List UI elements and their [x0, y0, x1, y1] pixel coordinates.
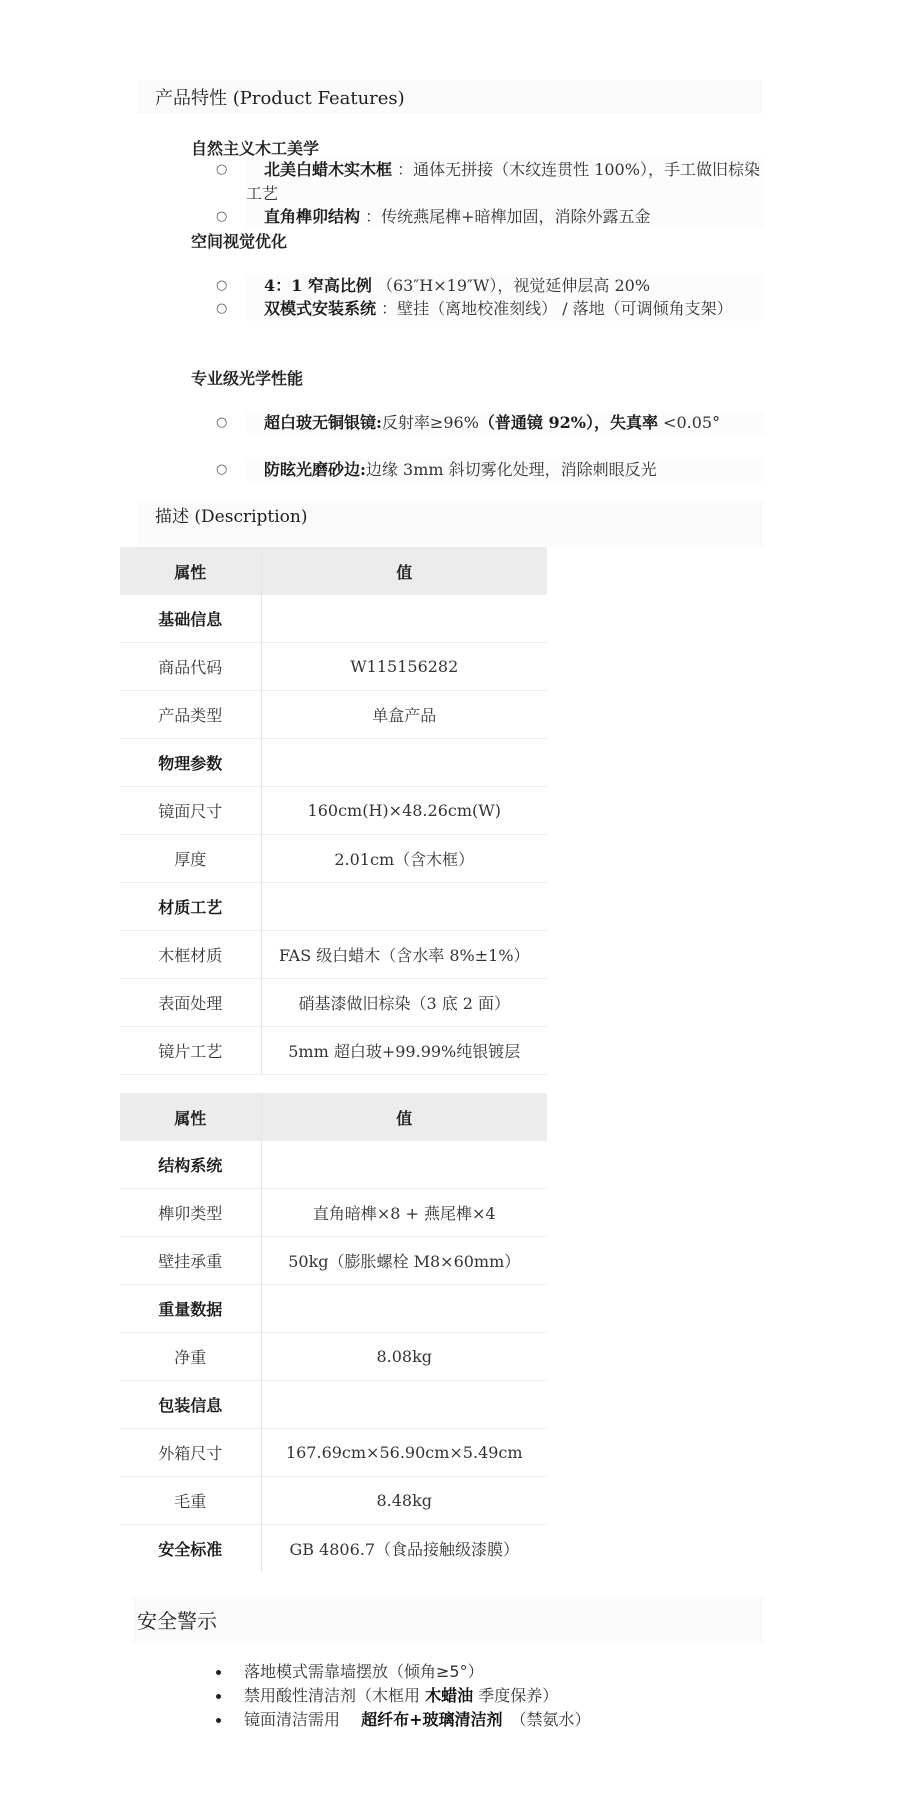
- row-value: 5mm 超白玻+99.99%纯银镀层: [261, 1027, 547, 1075]
- feature-group-label: 自然主义木工美学: [191, 136, 319, 159]
- hollow-bullet-icon: ○: [216, 458, 227, 482]
- hollow-bullet-icon: ○: [216, 274, 227, 298]
- table-row: 产品类型单盒产品: [120, 691, 547, 739]
- list-item: 禁用酸性清洁剂（木框用 木蜡油 季度保养）: [216, 1684, 591, 1708]
- row-value: 2.01cm（含木框）: [261, 835, 547, 883]
- safety-header-band: [133, 1597, 763, 1643]
- feature-item-text: （63″H×19″W），视觉延伸层高 20%: [377, 276, 650, 295]
- feature-item-title: 双模式安装系统: [264, 299, 376, 318]
- feature-item: ○ 防眩光磨砂边:边缘 3mm 斜切雾化处理，消除刺眼反光: [216, 458, 764, 482]
- row-key: 镜面尺寸: [120, 787, 261, 835]
- hollow-bullet-icon: ○: [216, 411, 227, 435]
- row-key: 安全标准: [120, 1525, 261, 1573]
- description-title: 描述 (Description): [155, 502, 308, 527]
- row-key: 木框材质: [120, 931, 261, 979]
- bullet-dot-icon: [216, 1670, 221, 1675]
- row-value: 167.69cm×56.90cm×5.49cm: [261, 1429, 547, 1477]
- table-header-row: 属性 值: [120, 547, 547, 595]
- table-row: 外箱尺寸167.69cm×56.90cm×5.49cm: [120, 1429, 547, 1477]
- feature-item-emphasis: （普通镜 92%），失真率: [479, 413, 658, 432]
- table-header-row: 属性 值: [120, 1093, 547, 1141]
- feature-item-title: 超白玻无铜银镜:: [264, 413, 382, 432]
- row-value: [261, 739, 547, 787]
- row-value: [261, 1141, 547, 1189]
- row-value: FAS 级白蜡木（含水率 8%±1%）: [261, 931, 547, 979]
- row-key: 商品代码: [120, 643, 261, 691]
- column-header-attribute: 属性: [120, 1093, 261, 1141]
- feature-item: ○ 超白玻无铜银镜:反射率≥96%（普通镜 92%），失真率 <0.05°: [216, 411, 764, 459]
- feature-item-title: 4：1 窄高比例: [264, 276, 372, 295]
- table-row: 结构系统: [120, 1141, 547, 1189]
- row-value: GB 4806.7（食品接触级漆膜）: [261, 1525, 547, 1573]
- row-value: 硝基漆做旧棕染（3 底 2 面）: [261, 979, 547, 1027]
- column-header-attribute: 属性: [120, 547, 261, 595]
- feature-group-label: 空间视觉优化: [191, 229, 287, 252]
- bullet-dot-icon: [216, 1694, 221, 1699]
- row-key: 净重: [120, 1333, 261, 1381]
- row-key: 外箱尺寸: [120, 1429, 261, 1477]
- table-row: 毛重8.48kg: [120, 1477, 547, 1525]
- feature-item-text: <0.05°: [663, 413, 720, 432]
- table-row: 基础信息: [120, 595, 547, 643]
- hollow-bullet-icon: ○: [216, 297, 227, 321]
- row-key: 包装信息: [120, 1381, 261, 1429]
- hollow-bullet-icon: ○: [216, 158, 227, 182]
- row-key: 基础信息: [120, 595, 261, 643]
- row-value: 直角暗榫×8 + 燕尾榫×4: [261, 1189, 547, 1237]
- table-row: 安全标准GB 4806.7（食品接触级漆膜）: [120, 1525, 547, 1573]
- row-key: 重量数据: [120, 1285, 261, 1333]
- table-row: 镜片工艺5mm 超白玻+99.99%纯银镀层: [120, 1027, 547, 1075]
- table-row: 重量数据: [120, 1285, 547, 1333]
- safety-title: 安全警示: [137, 1605, 217, 1634]
- feature-item-text: 边缘 3mm 斜切雾化处理，消除刺眼反光: [366, 460, 657, 479]
- row-key: 厚度: [120, 835, 261, 883]
- row-key: 结构系统: [120, 1141, 261, 1189]
- table-row: 净重8.08kg: [120, 1333, 547, 1381]
- features-title: 产品特性 (Product Features): [155, 84, 405, 110]
- feature-item-title: 北美白蜡木实木框: [264, 160, 392, 179]
- table-row: 物理参数: [120, 739, 547, 787]
- column-header-value: 值: [261, 1093, 547, 1141]
- column-header-value: 值: [261, 547, 547, 595]
- table-row: 壁挂承重50kg（膨胀螺栓 M8×60mm）: [120, 1237, 547, 1285]
- feature-item-text: ：壁挂（离地校准刻线） / 落地（可调倾角支架）: [381, 299, 733, 318]
- bullet-dot-icon: [216, 1718, 221, 1723]
- row-key: 镜片工艺: [120, 1027, 261, 1075]
- table-row: 镜面尺寸160cm(H)×48.26cm(W): [120, 787, 547, 835]
- row-key: 物理参数: [120, 739, 261, 787]
- feature-item-title: 防眩光磨砂边:: [264, 460, 366, 479]
- list-item: 落地模式需靠墙摆放（倾角≥5°）: [216, 1660, 591, 1684]
- safety-list: 落地模式需靠墙摆放（倾角≥5°） 禁用酸性清洁剂（木框用 木蜡油 季度保养） 镜…: [216, 1660, 591, 1732]
- feature-item: ○ 直角榫卯结构 ：传统燕尾榫+暗榫加固，消除外露五金: [216, 205, 764, 229]
- table-row: 材质工艺: [120, 883, 547, 931]
- row-value: 8.08kg: [261, 1333, 547, 1381]
- hollow-bullet-icon: ○: [216, 205, 227, 229]
- row-key: 榫卯类型: [120, 1189, 261, 1237]
- feature-item-text: 反射率≥96%: [382, 413, 479, 432]
- row-key: 材质工艺: [120, 883, 261, 931]
- row-value: [261, 883, 547, 931]
- table-row: 包装信息: [120, 1381, 547, 1429]
- row-value: [261, 595, 547, 643]
- row-value: 50kg（膨胀螺栓 M8×60mm）: [261, 1237, 547, 1285]
- row-key: 壁挂承重: [120, 1237, 261, 1285]
- row-value: 8.48kg: [261, 1477, 547, 1525]
- table-row: 榫卯类型直角暗榫×8 + 燕尾榫×4: [120, 1189, 547, 1237]
- table-row: 商品代码W115156282: [120, 643, 547, 691]
- table-row: 表面处理硝基漆做旧棕染（3 底 2 面）: [120, 979, 547, 1027]
- row-value: W115156282: [261, 643, 547, 691]
- feature-item-title: 直角榫卯结构: [264, 207, 360, 226]
- row-value: 单盒产品: [261, 691, 547, 739]
- feature-item: ○ 4：1 窄高比例 （63″H×19″W），视觉延伸层高 20%: [216, 274, 764, 298]
- row-value: [261, 1285, 547, 1333]
- feature-item-text: ：传统燕尾榫+暗榫加固，消除外露五金: [365, 207, 650, 226]
- feature-item: ○ 双模式安装系统 ：壁挂（离地校准刻线） / 落地（可调倾角支架）: [216, 297, 764, 345]
- row-key: 表面处理: [120, 979, 261, 1027]
- row-key: 产品类型: [120, 691, 261, 739]
- row-value: 160cm(H)×48.26cm(W): [261, 787, 547, 835]
- feature-item: ○ 北美白蜡木实木框 ：通体无拼接（木纹连贯性 100%），手工做旧棕染工艺: [216, 158, 764, 206]
- table-row: 木框材质FAS 级白蜡木（含水率 8%±1%）: [120, 931, 547, 979]
- table-row: 厚度2.01cm（含木框）: [120, 835, 547, 883]
- row-value: [261, 1381, 547, 1429]
- row-key: 毛重: [120, 1477, 261, 1525]
- spec-table-2: 属性 值 结构系统 榫卯类型直角暗榫×8 + 燕尾榫×4 壁挂承重50kg（膨胀…: [120, 1093, 547, 1572]
- spec-table-1: 属性 值 基础信息 商品代码W115156282 产品类型单盒产品 物理参数 镜…: [120, 547, 547, 1075]
- feature-group-label: 专业级光学性能: [191, 366, 303, 389]
- list-item: 镜面清洁需用 超纤布+玻璃清洁剂 （禁氨水）: [216, 1708, 591, 1732]
